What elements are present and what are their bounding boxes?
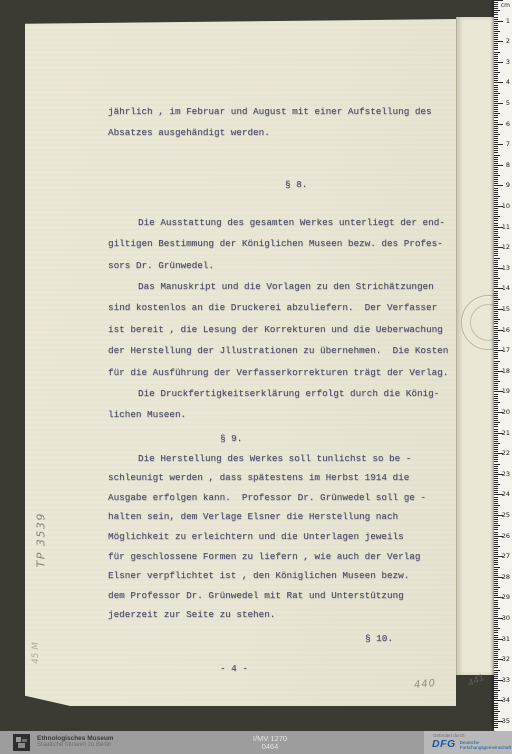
ruler-tick bbox=[494, 210, 498, 211]
ruler-tick bbox=[494, 157, 498, 158]
ruler-tick bbox=[494, 241, 498, 242]
ruler-number: 21 bbox=[502, 429, 510, 437]
ruler-tick bbox=[494, 140, 498, 141]
ruler-tick bbox=[494, 152, 498, 153]
typed-line: § 10. bbox=[108, 633, 453, 653]
typed-line: Die Ausstattung des gesamten Werkes unte… bbox=[108, 217, 453, 238]
ruler-tick bbox=[494, 150, 498, 151]
ruler-tick bbox=[494, 626, 498, 627]
ruler-number: 25 bbox=[502, 511, 510, 519]
ruler-tick bbox=[494, 468, 498, 469]
ruler-tick bbox=[494, 373, 498, 374]
ruler-tick bbox=[494, 717, 498, 718]
typed-line: der Herstellung der Jllustrationen zu üb… bbox=[108, 345, 453, 366]
typewritten-text: jährlich , im Februar und August mit ein… bbox=[108, 106, 453, 683]
ruler-tick bbox=[494, 369, 498, 370]
ruler-tick bbox=[494, 21, 503, 22]
ruler-tick bbox=[494, 214, 498, 215]
ruler-tick bbox=[494, 569, 498, 570]
ruler-tick bbox=[494, 6, 498, 7]
ruler-tick bbox=[494, 630, 498, 631]
ruler-tick bbox=[494, 237, 500, 238]
ruler-tick bbox=[494, 342, 498, 343]
ruler-number: 35 bbox=[502, 717, 510, 725]
ruler-tick bbox=[494, 497, 498, 498]
ruler-tick bbox=[494, 361, 500, 362]
ruler-tick bbox=[494, 348, 498, 349]
ruler-tick bbox=[494, 482, 498, 483]
ruler-tick bbox=[494, 293, 498, 294]
ruler-number: 15 bbox=[502, 305, 510, 313]
ruler-tick bbox=[494, 251, 498, 252]
ruler-tick bbox=[494, 513, 498, 514]
ruler-tick bbox=[494, 608, 500, 609]
ruler-tick bbox=[494, 635, 498, 636]
measurement-ruler: cm 1234567891011121314151617181920212223… bbox=[494, 0, 512, 731]
ruler-tick bbox=[494, 159, 498, 160]
ruler-tick bbox=[494, 441, 498, 442]
ruler-tick bbox=[494, 525, 500, 526]
ruler-tick bbox=[494, 612, 498, 613]
ruler-tick bbox=[494, 581, 498, 582]
ruler-tick bbox=[494, 602, 498, 603]
dfg-full-name: Deutsche Forschungsgemeinschaft bbox=[460, 740, 511, 750]
ruler-tick bbox=[494, 295, 498, 296]
ruler-tick bbox=[494, 95, 498, 96]
ruler-tick bbox=[494, 490, 498, 491]
ruler-tick bbox=[494, 647, 498, 648]
ruler-tick bbox=[494, 451, 498, 452]
ruler-tick bbox=[494, 696, 498, 697]
ruler-tick bbox=[494, 698, 498, 699]
ruler-tick bbox=[494, 678, 498, 679]
ruler-tick bbox=[494, 690, 500, 691]
typed-line: halten sein, dem Verlage Elsner die Hers… bbox=[108, 511, 453, 531]
ruler-tick bbox=[494, 249, 498, 250]
ruler-unit-label: cm bbox=[501, 2, 510, 9]
identifier-line2: 0464 bbox=[228, 743, 312, 751]
ruler-tick bbox=[494, 389, 498, 390]
ruler-tick bbox=[494, 472, 498, 473]
ruler-tick bbox=[494, 122, 498, 123]
ruler-tick bbox=[494, 705, 498, 706]
ruler-tick bbox=[494, 503, 498, 504]
ruler-tick bbox=[494, 398, 498, 399]
museum-subtitle: Staatliche Museen zu Berlin bbox=[37, 742, 114, 749]
shelfmark-handwriting: TP 3539 bbox=[35, 512, 48, 568]
ruler-tick bbox=[494, 484, 500, 485]
ruler-tick bbox=[494, 14, 498, 15]
typed-line: Möglichkeit zu erleichtern und die Unter… bbox=[108, 531, 453, 551]
ruler-tick bbox=[494, 674, 498, 675]
ruler-tick bbox=[494, 352, 498, 353]
typed-line: Elsner verpflichtet ist , den Königliche… bbox=[108, 570, 453, 590]
ruler-tick bbox=[494, 167, 498, 168]
archive-footer-bar: Ethnologisches Museum Staatliche Museen … bbox=[0, 731, 512, 754]
ruler-tick bbox=[494, 4, 498, 5]
typed-line: für geschlossene Formen zu liefern , wie… bbox=[108, 551, 453, 571]
ruler-number: 4 bbox=[506, 78, 510, 86]
ruler-tick bbox=[494, 218, 498, 219]
ruler-tick bbox=[494, 464, 500, 465]
ruler-tick bbox=[494, 424, 498, 425]
ruler-number: 12 bbox=[502, 243, 510, 251]
ruler-tick bbox=[494, 655, 498, 656]
ruler-tick bbox=[494, 278, 500, 279]
ruler-tick bbox=[494, 334, 498, 335]
ruler-tick bbox=[494, 307, 498, 308]
ruler-tick bbox=[494, 686, 498, 687]
ruler-number: 16 bbox=[502, 326, 510, 334]
ruler-tick bbox=[494, 194, 498, 195]
ruler-tick bbox=[494, 173, 498, 174]
ruler-tick bbox=[494, 663, 498, 664]
typed-line: schleunigt werden , dass spätestens im H… bbox=[108, 472, 453, 492]
ruler-tick bbox=[494, 266, 498, 267]
ruler-tick bbox=[494, 394, 498, 395]
ruler-tick bbox=[494, 346, 498, 347]
ruler-tick bbox=[494, 27, 498, 28]
ruler-tick bbox=[494, 262, 498, 263]
typed-line: Die Herstellung des Werkes soll tunlichs… bbox=[108, 453, 453, 473]
ruler-tick bbox=[494, 408, 498, 409]
ruler-number: 24 bbox=[502, 490, 510, 498]
ruler-tick bbox=[494, 340, 500, 341]
ruler-tick bbox=[494, 651, 498, 652]
ruler-tick bbox=[494, 338, 498, 339]
ruler-tick bbox=[494, 719, 498, 720]
ruler-tick bbox=[494, 459, 498, 460]
ruler-number: 29 bbox=[502, 593, 510, 601]
ruler-tick bbox=[494, 169, 498, 170]
ruler-tick bbox=[494, 220, 498, 221]
ruler-tick bbox=[494, 606, 498, 607]
ruler-tick bbox=[494, 303, 498, 304]
ruler-tick bbox=[494, 703, 498, 704]
museum-logo-icon bbox=[13, 734, 30, 751]
ruler-tick bbox=[494, 604, 498, 605]
ruler-tick bbox=[494, 544, 498, 545]
ruler-tick bbox=[494, 181, 498, 182]
ruler-tick bbox=[494, 286, 498, 287]
ruler-tick bbox=[494, 632, 498, 633]
ruler-tick bbox=[494, 564, 498, 565]
ruler-tick bbox=[494, 381, 500, 382]
ruler-tick bbox=[494, 486, 498, 487]
ruler-tick bbox=[494, 258, 500, 259]
ruler-tick bbox=[494, 284, 498, 285]
ruler-tick bbox=[494, 117, 498, 118]
ruler-tick bbox=[494, 529, 498, 530]
ruler-tick bbox=[494, 47, 498, 48]
ruler-tick bbox=[494, 188, 498, 189]
typed-line: dem Professor Dr. Grünwedel mit Rat und … bbox=[108, 590, 453, 610]
ruler-tick bbox=[494, 192, 498, 193]
ruler-tick bbox=[494, 466, 498, 467]
ruler-tick bbox=[494, 573, 498, 574]
ruler-tick bbox=[494, 694, 498, 695]
ruler-tick bbox=[494, 43, 498, 44]
ruler-tick bbox=[494, 375, 498, 376]
ruler-tick bbox=[494, 115, 498, 116]
ruler-tick bbox=[494, 509, 498, 510]
ruler-tick bbox=[494, 410, 498, 411]
ruler-tick bbox=[494, 406, 498, 407]
ruler-tick bbox=[494, 128, 498, 129]
ruler-tick bbox=[494, 134, 500, 135]
ruler-tick bbox=[494, 163, 498, 164]
scanned-document-viewer: jährlich , im Februar und August mit ein… bbox=[0, 0, 512, 754]
ruler-number: 23 bbox=[502, 470, 510, 478]
ruler-number: 10 bbox=[502, 202, 510, 210]
ruler-tick bbox=[494, 274, 498, 275]
ruler-tick bbox=[494, 190, 498, 191]
ruler-tick bbox=[494, 299, 500, 300]
ruler-tick bbox=[494, 291, 498, 292]
ruler-tick bbox=[494, 146, 498, 147]
ruler-tick bbox=[494, 593, 498, 594]
ruler-tick bbox=[494, 470, 498, 471]
ruler-tick bbox=[494, 12, 498, 13]
ruler-tick bbox=[494, 109, 498, 110]
ruler-tick bbox=[494, 684, 498, 685]
ruler-number: 28 bbox=[502, 573, 510, 581]
ruler-tick bbox=[494, 89, 498, 90]
ruler-tick bbox=[494, 583, 498, 584]
ruler-tick bbox=[494, 17, 498, 18]
ruler-number: 19 bbox=[502, 387, 510, 395]
ruler-tick bbox=[494, 725, 498, 726]
ruler-tick bbox=[494, 670, 500, 671]
ruler-number: 27 bbox=[502, 552, 510, 560]
typed-line: Ausgabe erfolgen kann. Professor Dr. Grü… bbox=[108, 492, 453, 512]
ruler-tick bbox=[494, 575, 498, 576]
ruler-tick bbox=[494, 402, 500, 403]
ruler-tick bbox=[494, 76, 498, 77]
ruler-tick bbox=[494, 558, 498, 559]
ruler-tick bbox=[494, 363, 498, 364]
ruler-tick bbox=[494, 385, 498, 386]
ruler-tick bbox=[494, 233, 498, 234]
ruler-tick bbox=[494, 54, 498, 55]
ruler-tick bbox=[494, 120, 498, 121]
ruler-tick bbox=[494, 365, 498, 366]
ruler-tick bbox=[494, 321, 498, 322]
ruler-number: 13 bbox=[502, 264, 510, 272]
ruler-tick bbox=[494, 422, 500, 423]
museum-caption: Ethnologisches Museum Staatliche Museen … bbox=[37, 735, 114, 749]
ruler-tick bbox=[494, 688, 498, 689]
ruler-tick bbox=[494, 45, 498, 46]
ruler-tick bbox=[494, 614, 498, 615]
ruler-tick bbox=[494, 447, 498, 448]
pencil-note-bottom-right: 441 bbox=[467, 673, 487, 689]
ruler-number: 6 bbox=[506, 120, 510, 128]
ruler-tick bbox=[494, 245, 498, 246]
ruler-tick bbox=[494, 645, 498, 646]
ruler-tick bbox=[494, 548, 498, 549]
ruler-tick bbox=[494, 431, 498, 432]
typed-line: Das Manuskript und die Vorlagen zu den S… bbox=[108, 281, 453, 302]
ruler-tick bbox=[494, 707, 498, 708]
typed-line: jährlich , im Februar und August mit ein… bbox=[108, 106, 453, 127]
ruler-number: 33 bbox=[502, 676, 510, 684]
ruler-tick bbox=[494, 78, 498, 79]
ruler-tick bbox=[494, 216, 500, 217]
ruler-tick bbox=[494, 39, 498, 40]
ruler-tick bbox=[494, 554, 498, 555]
ruler-tick bbox=[494, 225, 498, 226]
ruler-tick bbox=[494, 10, 500, 11]
ruler-tick bbox=[494, 643, 498, 644]
ruler-tick bbox=[494, 420, 498, 421]
ruler-tick bbox=[494, 198, 498, 199]
ruler-tick bbox=[494, 358, 498, 359]
ruler-tick bbox=[494, 161, 498, 162]
ruler-tick bbox=[494, 715, 498, 716]
ruler-number: 8 bbox=[506, 161, 510, 169]
ruler-tick bbox=[494, 692, 498, 693]
ruler-tick bbox=[494, 74, 498, 75]
ruler-tick bbox=[494, 649, 500, 650]
ruler-tick bbox=[494, 204, 498, 205]
ruler-number: 11 bbox=[502, 223, 510, 231]
ruler-tick bbox=[494, 344, 498, 345]
ruler-tick bbox=[494, 37, 498, 38]
ruler-number: 31 bbox=[502, 635, 510, 643]
ruler-tick bbox=[494, 212, 498, 213]
ruler-number: 7 bbox=[506, 140, 510, 148]
ruler-number: 20 bbox=[502, 408, 510, 416]
ruler-tick bbox=[494, 567, 500, 568]
ruler-tick bbox=[494, 367, 498, 368]
ruler-tick bbox=[494, 85, 498, 86]
ruler-tick bbox=[494, 132, 498, 133]
ruler-tick bbox=[494, 540, 498, 541]
ruler-number: 22 bbox=[502, 449, 510, 457]
ruler-tick bbox=[494, 282, 498, 283]
ruler-tick bbox=[494, 29, 498, 30]
ruler-tick bbox=[494, 517, 498, 518]
ruler-tick bbox=[494, 400, 498, 401]
ruler-tick bbox=[494, 519, 498, 520]
ruler-tick bbox=[494, 270, 498, 271]
ruler-tick bbox=[494, 501, 498, 502]
ruler-tick bbox=[494, 571, 498, 572]
ruler-tick bbox=[494, 622, 498, 623]
ruler-tick bbox=[494, 93, 500, 94]
ruler-tick bbox=[494, 319, 500, 320]
ruler-tick bbox=[494, 661, 498, 662]
pencil-note-bottom-left: 440 bbox=[413, 678, 436, 691]
ruler-tick bbox=[494, 499, 498, 500]
ruler-tick bbox=[494, 175, 500, 176]
ruler-tick bbox=[494, 280, 498, 281]
ruler-tick bbox=[494, 124, 503, 125]
ruler-tick bbox=[494, 620, 498, 621]
ruler-number: 14 bbox=[502, 284, 510, 292]
ruler-tick bbox=[494, 377, 498, 378]
ruler-tick bbox=[494, 23, 498, 24]
ruler-tick bbox=[494, 148, 498, 149]
ruler-tick bbox=[494, 305, 498, 306]
ruler-tick bbox=[494, 488, 498, 489]
ruler-tick bbox=[494, 461, 498, 462]
ruler-tick bbox=[494, 336, 498, 337]
ruler-tick bbox=[494, 35, 498, 36]
ruler-tick bbox=[494, 711, 500, 712]
ruler-tick bbox=[494, 379, 498, 380]
ruler-tick bbox=[494, 105, 498, 106]
ruler-tick bbox=[494, 383, 498, 384]
ruler-tick bbox=[494, 653, 498, 654]
ruler-tick bbox=[494, 511, 498, 512]
pencil-note-left: 45 M bbox=[31, 634, 41, 664]
ruler-tick bbox=[494, 41, 503, 42]
ruler-tick bbox=[494, 665, 498, 666]
ruler-tick bbox=[494, 56, 498, 57]
ruler-tick bbox=[494, 542, 498, 543]
ruler-tick bbox=[494, 723, 498, 724]
ruler-tick bbox=[494, 414, 498, 415]
ruler-tick bbox=[494, 138, 498, 139]
ruler-tick bbox=[494, 49, 498, 50]
ruler-tick bbox=[494, 416, 498, 417]
ruler-tick bbox=[494, 0, 503, 1]
ruler-number: 18 bbox=[502, 367, 510, 375]
ruler-tick bbox=[494, 33, 498, 34]
ruler-tick bbox=[494, 183, 498, 184]
ruler-tick bbox=[494, 255, 498, 256]
ruler-tick bbox=[494, 641, 498, 642]
ruler-tick bbox=[494, 31, 500, 32]
ruler-tick bbox=[494, 202, 498, 203]
ruler-tick bbox=[494, 126, 498, 127]
typed-line: sors Dr. Grünwedel. bbox=[108, 260, 453, 281]
ruler-tick bbox=[494, 562, 498, 563]
ruler-number: 17 bbox=[502, 346, 510, 354]
ruler-tick bbox=[494, 64, 498, 65]
ruler-tick bbox=[494, 200, 498, 201]
ruler-tick bbox=[494, 317, 498, 318]
ruler-tick bbox=[494, 682, 498, 683]
ruler-tick bbox=[494, 595, 498, 596]
ruler-tick bbox=[494, 354, 498, 355]
ruler-tick bbox=[494, 429, 498, 430]
ruler-tick bbox=[494, 144, 503, 145]
ruler-tick bbox=[494, 87, 498, 88]
ruler-tick bbox=[494, 672, 498, 673]
ruler-number: 2 bbox=[506, 37, 510, 45]
ruler-tick bbox=[494, 142, 498, 143]
ruler-tick bbox=[494, 8, 498, 9]
ruler-tick bbox=[494, 91, 498, 92]
ruler-tick bbox=[494, 713, 498, 714]
ruler-tick bbox=[494, 323, 498, 324]
ruler-tick bbox=[494, 637, 498, 638]
ruler-tick bbox=[494, 297, 498, 298]
ruler-tick bbox=[494, 107, 498, 108]
ruler-tick bbox=[494, 527, 498, 528]
ruler-tick bbox=[494, 476, 498, 477]
ruler-tick bbox=[494, 2, 498, 3]
ruler-tick bbox=[494, 480, 498, 481]
ruler-tick bbox=[494, 455, 498, 456]
ruler-tick bbox=[494, 272, 498, 273]
ruler-number: 26 bbox=[502, 532, 510, 540]
ruler-tick bbox=[494, 311, 498, 312]
ruler-tick bbox=[494, 103, 503, 104]
